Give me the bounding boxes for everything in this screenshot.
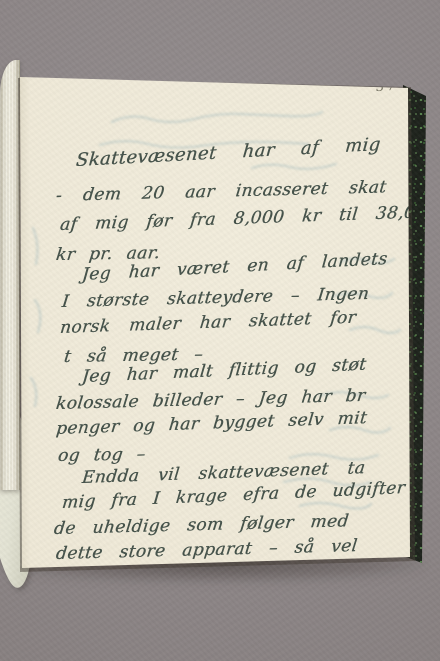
pages-edge-stack [0,60,20,490]
photo-backdrop: 37 Skattevæsenet har af mig - dem 20 aar… [0,0,440,661]
handwritten-line: norsk maler har skattet for [59,308,357,338]
handwritten-line: - dem 20 aar incasseret skat [55,177,388,206]
handwritten-line: og tog – [57,444,147,466]
handwritten-line: Skattevæsenet har af mig [75,134,381,171]
handwritten-line: de uheldige som følger med [53,511,350,539]
handwritten-line: af mig før fra 8,000 kr til 38,000 [59,202,439,235]
